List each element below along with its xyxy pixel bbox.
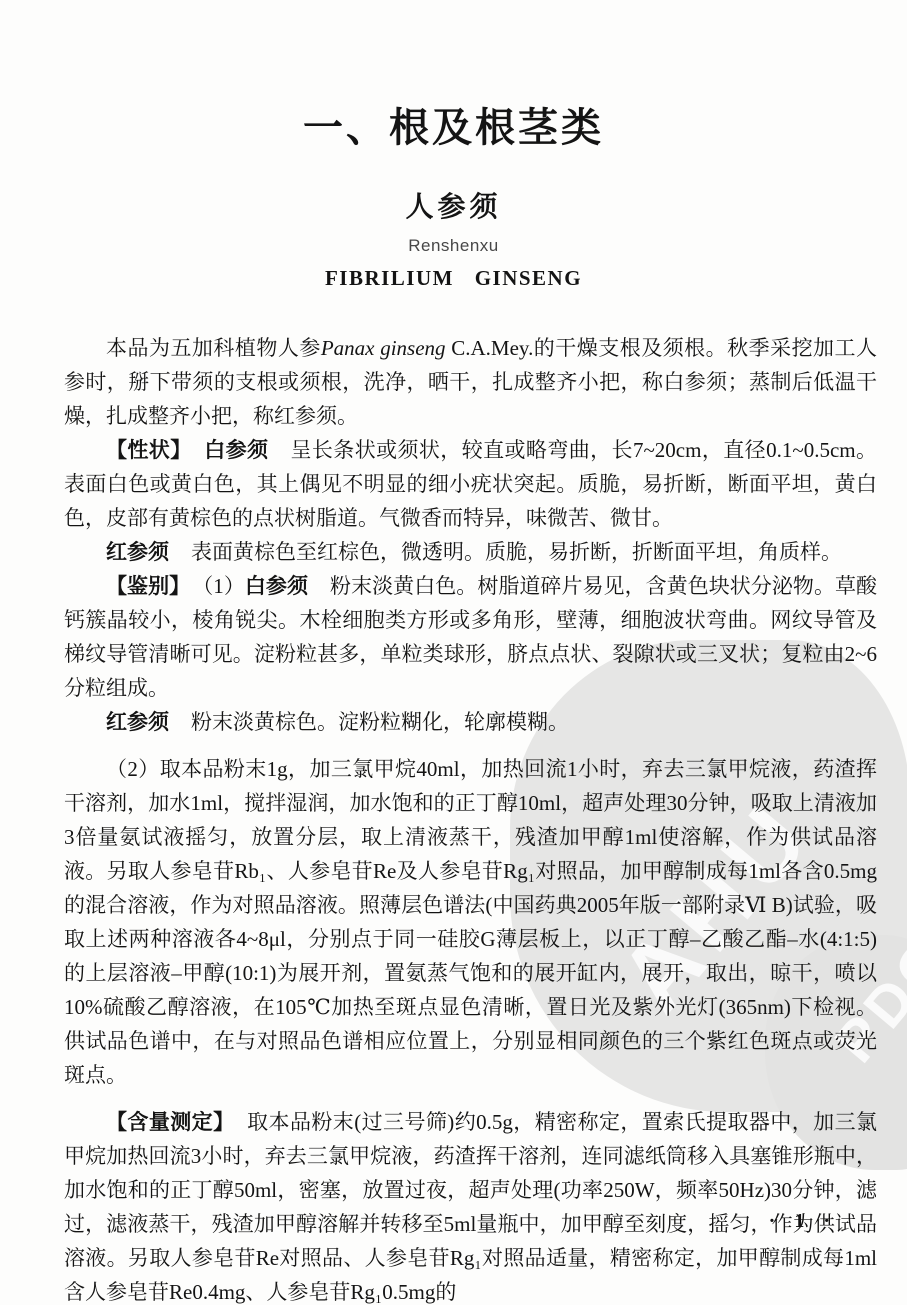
- paragraph-property-red: 红参须表面黄棕色至红棕色，微透明。质脆，易折断，折断面平坦，角质样。: [64, 535, 877, 569]
- subheading-red-ginseng: 红参须: [106, 710, 169, 734]
- page-number: · 1 ·: [769, 1210, 837, 1233]
- property-red-text: 表面黄棕色至红棕色，微透明。质脆，易折断，折断面平坦，角质样。: [191, 540, 842, 564]
- subheading-white-ginseng: 白参须: [204, 438, 268, 462]
- paragraph-assay: 【含量测定】取本品粉末(过三号筛)约0.5g，精密称定，置索氏提取器中，加三氯甲…: [64, 1105, 877, 1305]
- body-text: 本品为五加科植物人参Panax ginseng C.A.Mey.的干燥支根及须根…: [64, 331, 877, 1305]
- section-label-identification: 【鉴别】: [106, 574, 190, 598]
- section-label-property: 【性状】: [106, 438, 192, 462]
- paragraph-property-white: 【性状】白参须呈长条状或须状，较直或略弯曲，长7~20cm，直径0.1~0.5c…: [64, 433, 877, 535]
- identify-item-1-number: （1）: [203, 574, 245, 598]
- drug-name-chinese: 人参须: [0, 185, 907, 225]
- subheading-red-ginseng: 红参须: [106, 540, 169, 564]
- subheading-white-ginseng: 白参须: [245, 574, 308, 598]
- section-label-assay: 【含量测定】: [106, 1110, 235, 1134]
- drug-name-pinyin: Renshenxu: [0, 236, 907, 256]
- intro-text-pre: 本品为五加科植物人参: [106, 336, 321, 360]
- chapter-title: 一、根及根茎类: [0, 96, 907, 153]
- paragraph-intro: 本品为五加科植物人参Panax ginseng C.A.Mey.的干燥支根及须根…: [64, 331, 877, 433]
- identify-red-text: 粉末淡黄棕色。淀粉粒糊化，轮廓模糊。: [191, 710, 569, 734]
- species-authority: C.A.Mey.: [446, 336, 534, 360]
- species-latin-name: Panax ginseng: [321, 336, 446, 360]
- paragraph-identify-red: 红参须粉末淡黄棕色。淀粉粒糊化，轮廓模糊。: [64, 705, 877, 739]
- assay-text: 取本品粉末(过三号筛)约0.5g，精密称定，置索氏提取器中，加三氯甲烷加热回流3…: [64, 1110, 877, 1304]
- paragraph-identify-2: （2）取本品粉末1g，加三氯甲烷40ml，加热回流1小时，弃去三氯甲烷液，药渣挥…: [64, 752, 877, 1092]
- drug-name-latin: FIBRILIUM GINSENG: [0, 266, 907, 291]
- paragraph-identify-white: 【鉴别】（1）白参须粉末淡黄白色。树脂道碎片易见，含黄色块状分泌物。草酸钙簇晶较…: [64, 569, 877, 705]
- scanned-document-page: AHU PDG 一、根及根茎类 人参须 Renshenxu FIBRILIUM …: [0, 0, 907, 1305]
- identify-2-text: 取本品粉末1g，加三氯甲烷40ml，加热回流1小时，弃去三氯甲烷液，药渣挥干溶剂…: [64, 757, 877, 1087]
- identify-item-2-number: （2）: [106, 757, 160, 781]
